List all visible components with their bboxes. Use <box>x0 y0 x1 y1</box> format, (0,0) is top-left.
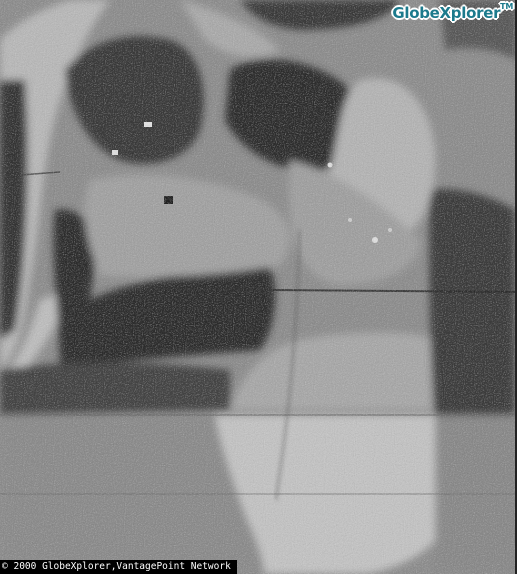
aerial-map-image[interactable] <box>0 0 517 574</box>
logo-globe-text: Globe <box>392 4 439 22</box>
logo-trademark: TM <box>500 2 513 11</box>
copyright-text: 2000 GlobeXplorer,VantagePoint Network <box>13 561 230 572</box>
copyright-icon: © <box>2 561 8 572</box>
globexplorer-logo: GlobeXplorerTM <box>392 4 513 22</box>
aerial-photo <box>0 0 517 574</box>
logo-xplorer-text: Xplorer <box>440 4 501 22</box>
copyright-notice: © 2000 GlobeXplorer,VantagePoint Network <box>0 560 237 574</box>
